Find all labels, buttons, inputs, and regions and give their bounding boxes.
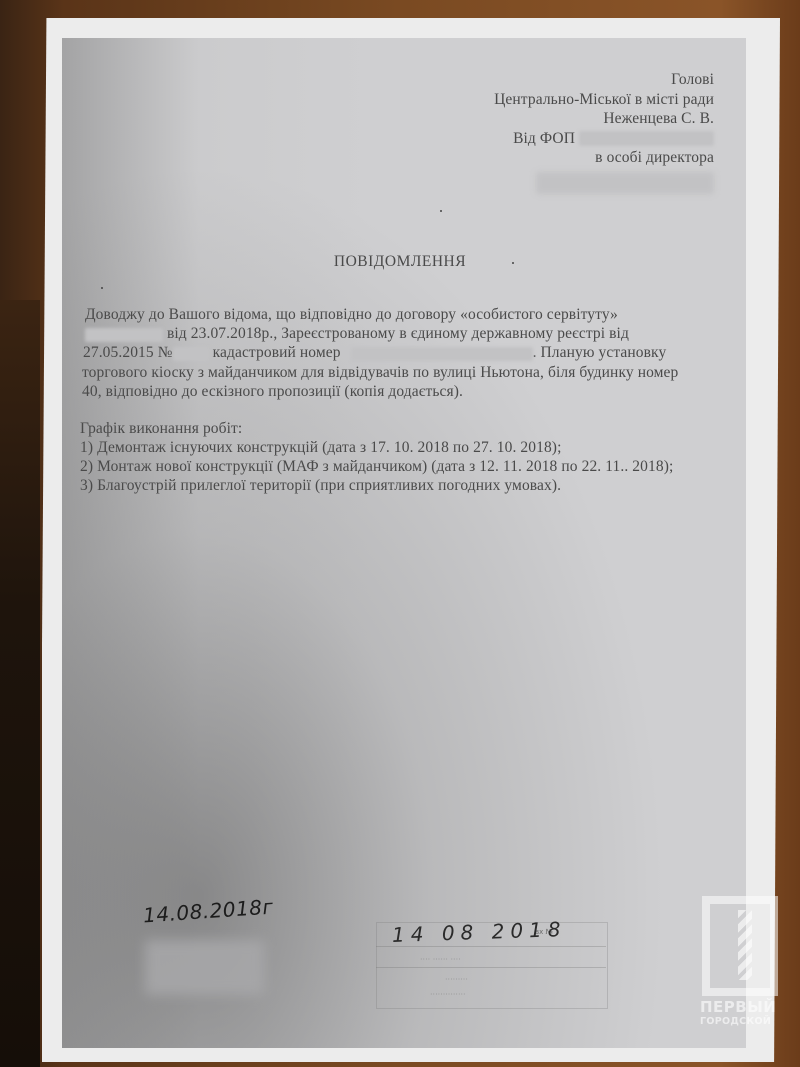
stamp-faint-text: ···· ······ ···· <box>420 955 461 964</box>
body-paragraph: Доводжу до Вашого відома, що відповідно … <box>85 305 678 401</box>
site-watermark: ПЕРВЫЙ ГОРОДСКОЙ <box>700 896 780 1016</box>
addressee-block: Голові Центрально-Міської в місті ради Н… <box>494 70 714 194</box>
body-line: Доводжу до Вашого відома, що відповідно … <box>85 305 678 324</box>
body-line: 40, відповідно до ескізного пропозиції (… <box>82 382 678 401</box>
schedule-item: 1) Демонтаж існуючих конструкцій (дата з… <box>80 438 673 457</box>
redacted-signature <box>145 940 265 995</box>
stamp-faint-text: ········· <box>445 975 468 984</box>
addressee-line: Голові <box>494 70 714 90</box>
body-line: від 23.07.2018р., Зареєстрованому в єдин… <box>85 324 678 343</box>
addressee-line: Центрально-Міської в місті ради <box>494 90 714 110</box>
speck <box>440 210 442 212</box>
schedule-heading: Графік виконання робіт: <box>80 419 673 438</box>
schedule-item: 3) Благоустрій прилеглої території (при … <box>80 476 673 495</box>
representative-label: в особі директора <box>494 148 714 168</box>
document-title: ПОВІДОМЛЕННЯ <box>0 252 800 271</box>
redacted-contract-number <box>85 328 163 342</box>
addressee-line: Неженцева С. В. <box>494 109 714 129</box>
body-line: торгового кіоску з майданчиком для відві… <box>82 363 678 382</box>
work-schedule: Графік виконання робіт: 1) Демонтаж існу… <box>80 419 673 495</box>
stamp-faint-text: ·············· <box>430 990 466 999</box>
redacted-director-name <box>536 172 714 194</box>
body-line: 27.05.2015 № кадастровий номер . Планую … <box>83 343 678 362</box>
redacted-registry-number <box>173 347 209 361</box>
from-label: Від ФОП <box>513 130 575 147</box>
schedule-item: 2) Монтаж нової конструкції (МАФ з майда… <box>80 457 673 476</box>
from-line: Від ФОП <box>494 129 714 149</box>
redacted-cadastral-number <box>351 347 533 361</box>
speck <box>101 287 103 289</box>
number-one-logo-icon <box>738 910 752 980</box>
redacted-fop-name <box>579 131 714 146</box>
watermark-line2: ГОРОДСКОЙ <box>700 1016 800 1027</box>
director-line <box>494 168 714 194</box>
watermark-line1: ПЕРВЫЙ <box>700 998 800 1016</box>
table-surface <box>0 300 40 1067</box>
stamp-line <box>376 967 606 968</box>
